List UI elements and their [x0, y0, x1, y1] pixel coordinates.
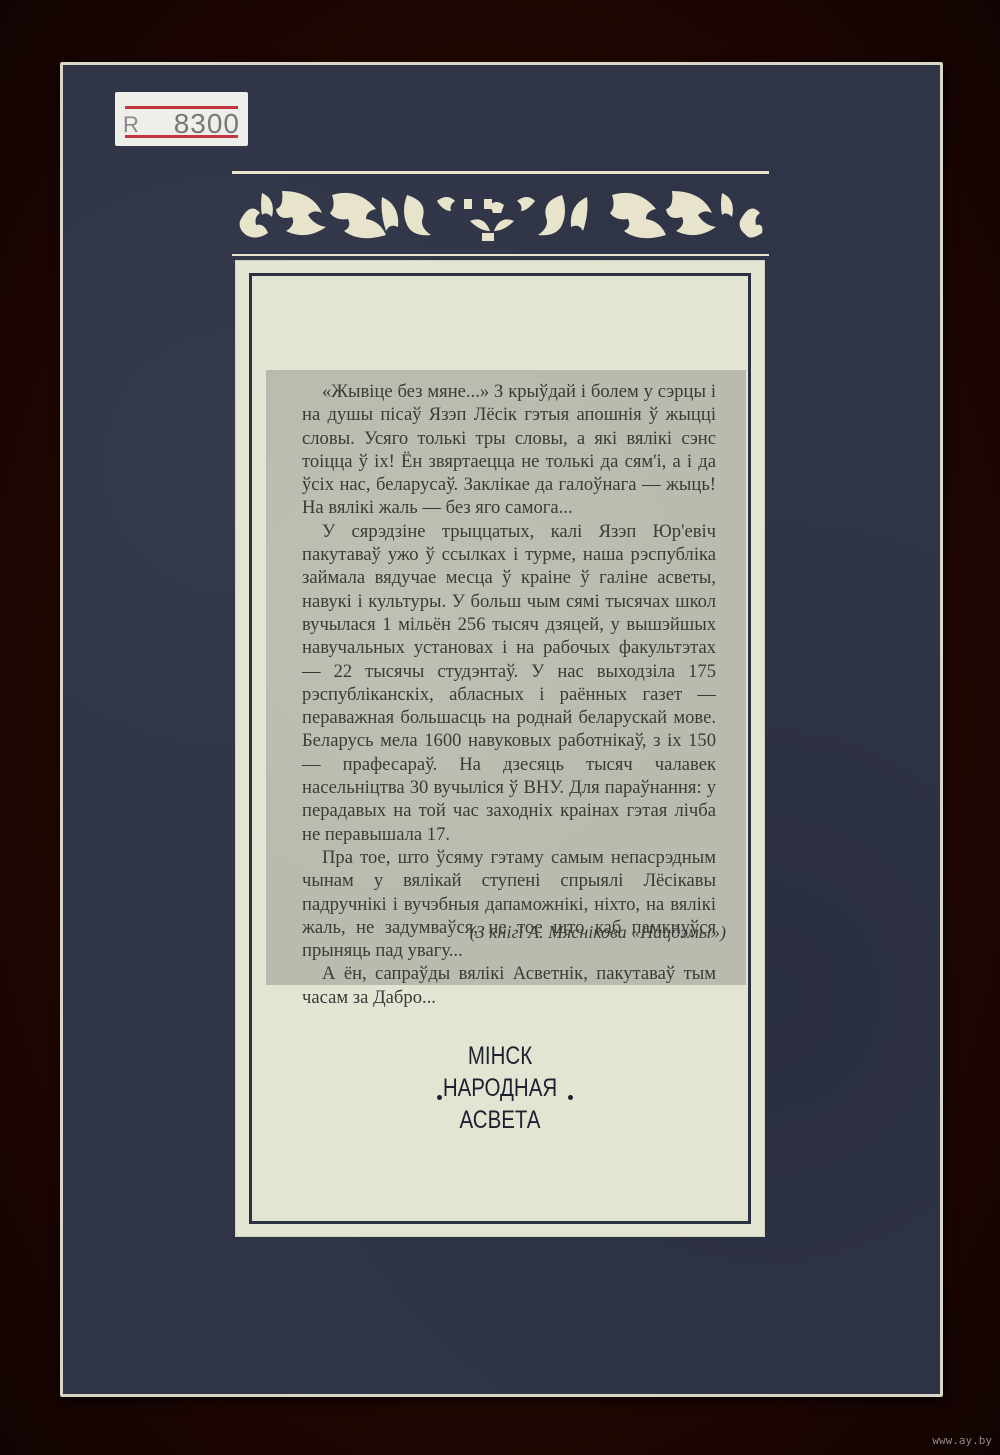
dot-right-icon [568, 1095, 573, 1100]
quote-text: «Жывіце без мяне...» З крыўдай і болем у… [302, 380, 716, 1009]
ornament-bottom-rule [232, 254, 769, 256]
quote-source: (З кнігі А. Мяснікова «Нацдэмы») [470, 922, 726, 943]
publisher-imprint: МІНСК НАРОДНАЯ АСВЕТА [443, 1040, 558, 1136]
publisher-name-line2: АСВЕТА [443, 1104, 558, 1136]
quote-paragraph: А ён, сапраўды вялікі Асветнік, пакутава… [302, 962, 716, 1009]
quote-paragraph: Пра тое, што ўсяму гэтаму самым непасрэд… [302, 846, 716, 962]
dot-left-icon [437, 1095, 442, 1100]
quote-box: «Жывіце без мяне...» З крыўдай і болем у… [266, 370, 746, 985]
publisher-city: МІНСК [443, 1040, 558, 1072]
quote-paragraph: У сярэдзіне трыццатых, калі Язэп Юр'евіч… [302, 520, 716, 846]
watermark: www.ay.by [932, 1434, 992, 1447]
quote-paragraph: «Жывіце без мяне...» З крыўдай і болем у… [302, 380, 716, 520]
publisher-name-line1: НАРОДНАЯ [443, 1072, 558, 1104]
floral-ornament-icon [232, 181, 769, 251]
price-sticker: R 8300 [115, 92, 248, 146]
sticker-stripe-bottom [125, 135, 238, 138]
ornament-top-rule [232, 171, 769, 174]
